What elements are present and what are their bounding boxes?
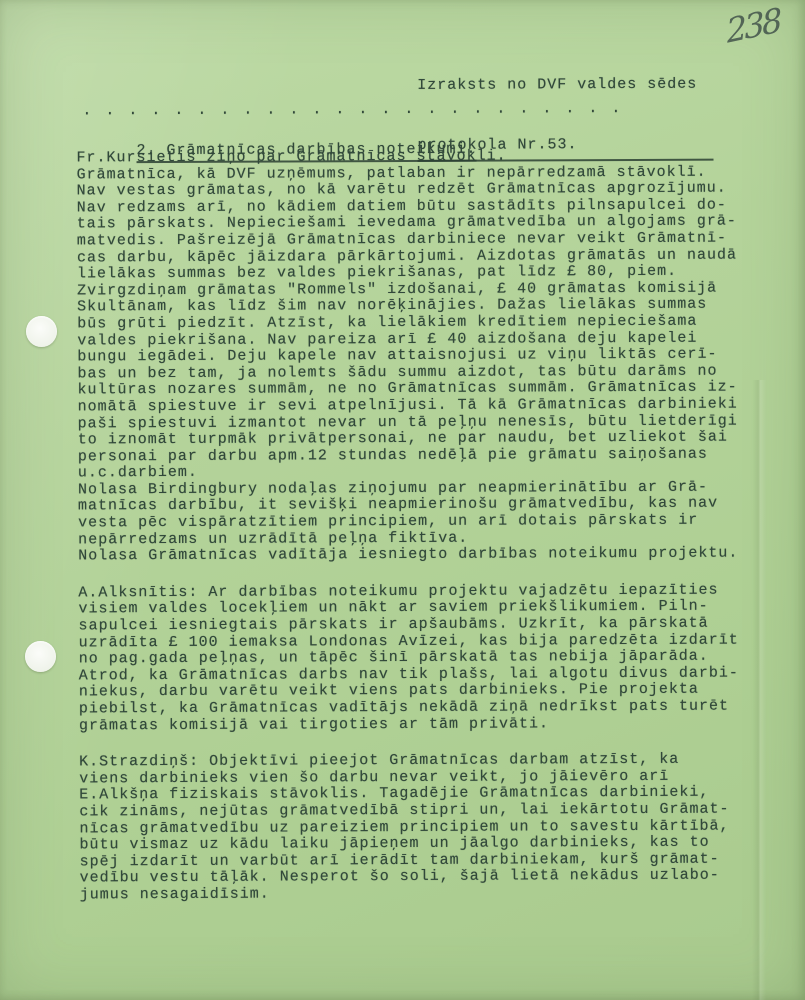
text-line: Nolasa Grāmatnīcas vadītāja iesniegto da… [78,546,778,566]
paragraph-statement-strazdins: K.Strazdiņš: Objektīvi pieejot Grāmatnīc… [79,752,780,904]
text-line: grāmatas komisijā vai tirgoties ar tām p… [79,715,779,735]
paragraph-report-kursietis: Fr.Kursietis ziņo par Grāmatnīcas stāvok… [76,147,778,565]
text-line: jumus nesagaidīsim. [80,884,780,904]
text-line: personai par darbu apm.12 stundas nedēļā… [78,446,778,466]
document-body: Fr.Kursietis ziņo par Grāmatnīcas stāvok… [76,147,779,924]
typewritten-content: Izraksts no DVF valdes sēdes protokola N… [0,0,805,1000]
extract-title-line1: Izraksts no DVF valdes sēdes [417,75,713,96]
dotted-separator: . . . . . . . . . . . . . . . . . . . . … [82,100,623,119]
paragraph-statement-alksnitis: A.Alksnītis: Ar darbības noteikumu proje… [78,582,779,734]
text-line: vedību vestu tāļāk. Nesperot šo soli, ša… [80,868,780,888]
document-page: 238 Izraksts no DVF valdes sēdes protoko… [0,0,805,1000]
